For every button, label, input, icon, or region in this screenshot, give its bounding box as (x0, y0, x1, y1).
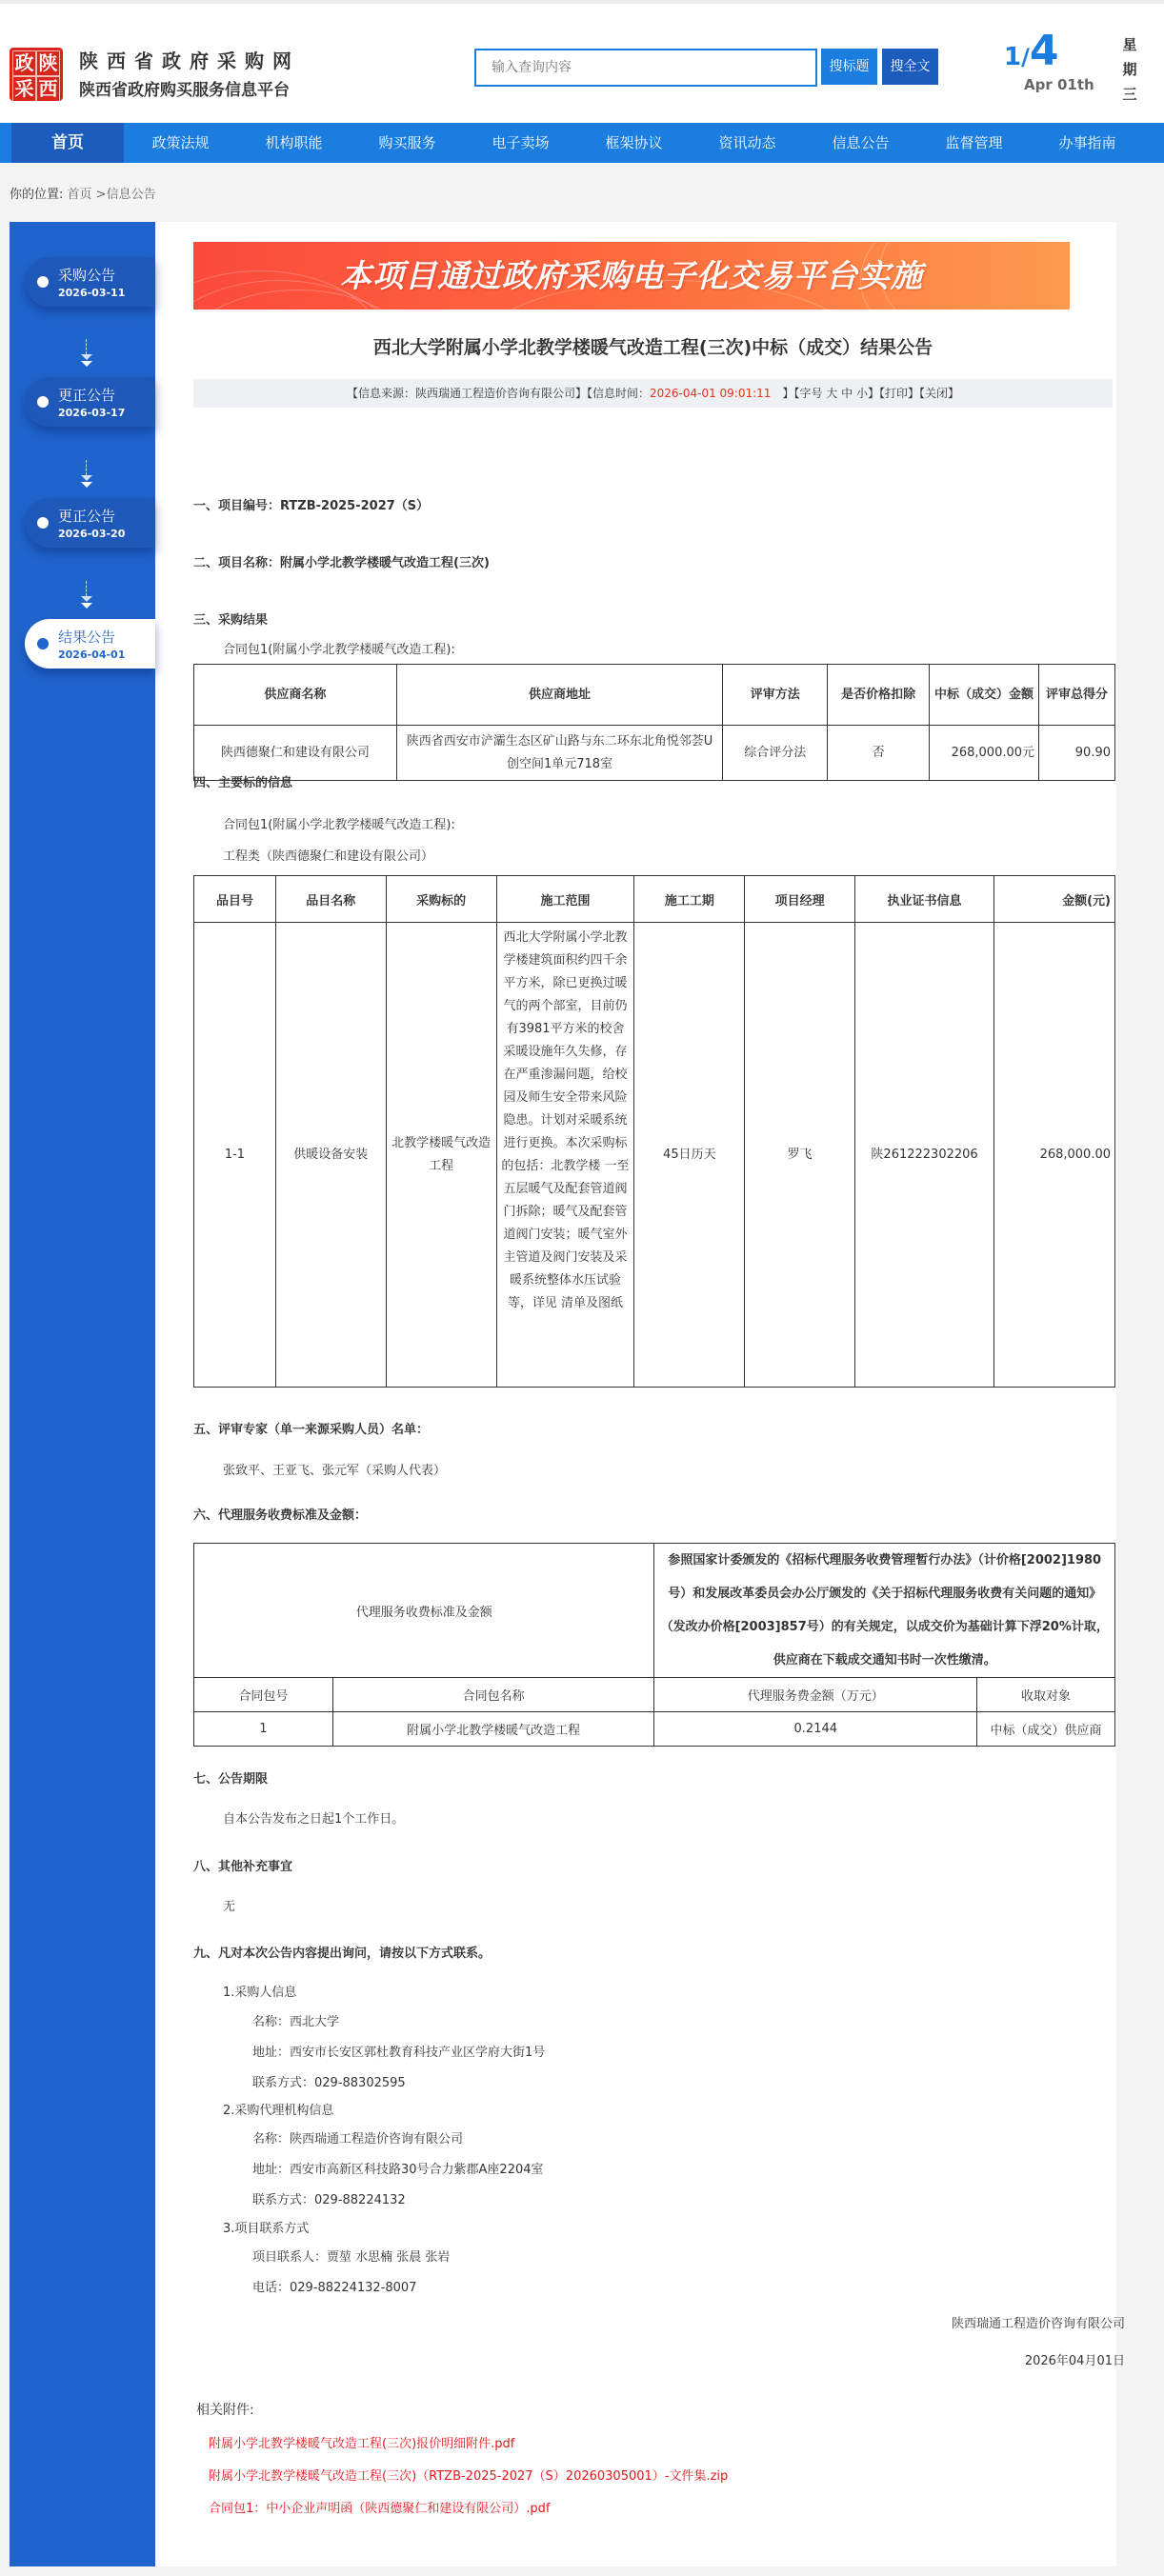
weekday-char: 星 (1120, 32, 1139, 57)
nav-item-purchase-services[interactable]: 购买服务 (351, 123, 464, 163)
col-amount: 金额(元) (994, 876, 1115, 923)
cell-item-number: 1-1 (194, 923, 276, 1388)
cell-certificate: 陕261222302206 (855, 923, 994, 1388)
info-time: 2026-04-01 09:01:11 (650, 387, 771, 400)
signature-company: 陕西瑞通工程造价咨询有限公司 (952, 2313, 1125, 2331)
col-winning-amount: 中标（成交）金额 (930, 665, 1039, 726)
step-date: 2026-03-17 (58, 407, 125, 419)
table-header-row: 供应商名称 供应商地址 评审方法 是否价格扣除 中标（成交）金额 评审总得分 (194, 665, 1115, 726)
search-title-button[interactable]: 搜标题 (821, 49, 877, 85)
agency-phone: 联系方式：029-88224132 (252, 2189, 406, 2207)
col-review-method: 评审方法 (723, 665, 828, 726)
date-display: 1/4 (1004, 27, 1058, 75)
col-certificate: 执业证书信息 (855, 876, 994, 923)
cell-charged-party: 中标（成交）供应商 (977, 1712, 1115, 1747)
subject-table: 品目号 品目名称 采购标的 施工范围 施工工期 项目经理 执业证书信息 金额(元… (193, 875, 1115, 1388)
col-supplier-address: 供应商地址 (396, 665, 723, 726)
logo-char: 政 (12, 50, 36, 76)
attachment-link[interactable]: 附属小学北教学楼暖气改造工程(三次)报价明细附件.pdf (209, 2433, 514, 2451)
table-row: 1 附属小学北教学楼暖气改造工程 0.2144 中标（成交）供应商 (194, 1712, 1115, 1747)
banner-text: 本项目通过政府采购电子化交易平台实施 (193, 242, 1070, 310)
breadcrumb-home[interactable]: 首页 (68, 188, 92, 202)
down-arrow-icon (80, 581, 93, 609)
col-duration: 施工工期 (634, 876, 745, 923)
nav-item-policy[interactable]: 政策法规 (124, 123, 237, 163)
bullet-icon (37, 276, 49, 288)
section-experts: 五、评审专家（单一来源采购人员）名单： (193, 1419, 429, 1437)
result-table: 供应商名称 供应商地址 评审方法 是否价格扣除 中标（成交）金额 评审总得分 陕… (193, 664, 1115, 781)
col-project-manager: 项目经理 (745, 876, 855, 923)
nav-item-announcements[interactable]: 信息公告 (804, 123, 917, 163)
cell-review-method: 综合评分法 (723, 726, 828, 781)
section-project-name: 二、项目名称：附属小学北教学楼暖气改造工程(三次) (193, 552, 490, 570)
logo-char: 采 (12, 76, 36, 102)
project-phone: 电话：029-88224132-8007 (252, 2277, 416, 2295)
attachment-link[interactable]: 合同包1：中小企业声明函（陕西德聚仁和建设有限公司）.pdf (209, 2498, 550, 2516)
cell-supplier-address: 陕西省西安市浐灞生态区矿山路与东二环东北角悦邻荟U创空间1单元718室 (396, 726, 723, 781)
date-day: 4 (1030, 27, 1059, 75)
col-supplier-name: 供应商名称 (194, 665, 397, 726)
cell-duration: 45日历天 (634, 923, 745, 1388)
bracket: 】 (868, 387, 879, 400)
cell-project-manager: 罗飞 (745, 923, 855, 1388)
breadcrumb: 你的位置: 首页 >信息公告 (0, 163, 1164, 227)
main-nav: 首页 政策法规 机构职能 购买服务 电子卖场 框架协议 资讯动态 信息公告 监督… (0, 123, 1164, 163)
date-slash: / (1021, 44, 1030, 70)
experts-list: 张致平、王亚飞、张元军（采购人代表） (223, 1460, 446, 1478)
fee-rule-label: 代理服务收费标准及金额 (194, 1544, 654, 1678)
page-title: 西北大学附属小学北教学楼暖气改造工程(三次)中标（成交）结果公告 (193, 333, 1113, 359)
purchaser-heading: 1.采购人信息 (223, 1982, 296, 2000)
weekday-char: 三 (1120, 82, 1139, 107)
fee-rule-text: 参照国家计委颁发的《招标代理服务收费管理暂行办法》（计价格[2002]1980号… (654, 1544, 1115, 1678)
notice-period-text: 自本公告发布之日起1个工作日。 (223, 1808, 404, 1827)
info-source: 【信息来源：陕西瑞通工程造价咨询有限公司】【信息时间： (347, 387, 650, 400)
table-header-row: 合同包号 合同包名称 代理服务费金额（万元） 收取对象 (194, 1678, 1115, 1712)
logo-char: 陕 (36, 50, 60, 76)
nav-item-framework[interactable]: 框架协议 (577, 123, 691, 163)
project-contacts: 项目联系人：贾堃 水思楠 张晨 张岩 (252, 2247, 450, 2265)
e-platform-banner: 本项目通过政府采购电子化交易平台实施 (193, 242, 1070, 310)
package-label: 合同包1(附属小学北教学楼暖气改造工程): (223, 639, 455, 657)
font-size-large[interactable]: 大 (826, 387, 837, 400)
nav-item-home[interactable]: 首页 (11, 123, 124, 163)
logo-char: 西 (36, 76, 60, 102)
timeline-step-result[interactable]: 结果公告 2026-04-01 (25, 619, 155, 669)
site-name: 陕西省政府采购网 (79, 46, 300, 73)
col-total-score: 评审总得分 (1039, 665, 1115, 726)
breadcrumb-separator: > (92, 188, 107, 202)
bullet-icon (37, 517, 49, 529)
cell-package-number: 1 (194, 1712, 333, 1747)
search-input[interactable] (474, 49, 817, 87)
font-size-small[interactable]: 小 (856, 387, 868, 400)
package-label: 合同包1(附属小学北教学楼暖气改造工程): (223, 814, 455, 832)
timeline-step-purchase[interactable]: 采购公告 2026-03-11 (25, 257, 155, 307)
col-item-name: 品目名称 (275, 876, 386, 923)
col-item-number: 品目号 (194, 876, 276, 923)
col-package-number: 合同包号 (194, 1678, 333, 1712)
col-subject: 采购标的 (386, 876, 496, 923)
agency-name: 名称：陕西瑞通工程造价咨询有限公司 (252, 2128, 463, 2147)
nav-item-guide[interactable]: 办事指南 (1031, 123, 1144, 163)
date-english: Apr 01th (1024, 76, 1094, 93)
step-label: 更正公告 (58, 385, 115, 405)
cell-item-name: 供暖设备安装 (275, 923, 386, 1388)
other-matters-text: 无 (223, 1896, 235, 1914)
purchaser-phone: 联系方式：029-88302595 (252, 2072, 406, 2090)
nav-item-supervision[interactable]: 监督管理 (917, 123, 1031, 163)
search-fulltext-button[interactable]: 搜全文 (882, 49, 938, 85)
main-container: 采购公告 2026-03-11 更正公告 2026-03-17 更正公告 202… (10, 222, 1116, 2566)
category-label: 工程类（陕西德聚仁和建设有限公司） (223, 846, 433, 864)
breadcrumb-label: 你的位置: (10, 188, 63, 202)
breadcrumb-current[interactable]: 信息公告 (107, 188, 156, 202)
fee-table: 代理服务收费标准及金额 参照国家计委颁发的《招标代理服务收费管理暂行办法》（计价… (193, 1543, 1115, 1747)
cell-winning-amount: 268,000.00元 (930, 726, 1039, 781)
cell-fee-amount: 0.2144 (654, 1712, 977, 1747)
site-logo[interactable]: 政 陕 采 西 (10, 48, 63, 101)
section-contact: 九、凡对本次公告内容提出询问，请按以下方式联系。 (193, 1943, 491, 1961)
section-agency-fee: 六、代理服务收费标准及金额： (193, 1505, 367, 1523)
step-label: 采购公告 (58, 265, 115, 285)
cell-scope: 西北大学附属小学北教学楼建筑面积约四千余平方米，除已更换过暖气的两个部室，目前仍… (496, 923, 634, 1388)
close-link[interactable]: 【关闭】 (919, 387, 959, 400)
table-row: 陕西德聚仁和建设有限公司 陕西省西安市浐灞生态区矿山路与东二环东北角悦邻荟U创空… (194, 726, 1115, 781)
section-other-matters: 八、其他补充事宜 (193, 1856, 292, 1874)
fee-rule-row: 代理服务收费标准及金额 参照国家计委颁发的《招标代理服务收费管理暂行办法》（计价… (194, 1544, 1115, 1678)
cell-amount: 268,000.00 (994, 923, 1115, 1388)
bullet-icon (37, 638, 49, 649)
nav-item-news[interactable]: 资讯动态 (691, 123, 804, 163)
section-notice-period: 七、公告期限 (193, 1768, 268, 1787)
info-font-size-label: 】【字号 (771, 387, 822, 400)
font-size-medium[interactable]: 中 (841, 387, 853, 400)
agency-address: 地址：西安市高新区科技路30号合力紫郡A座2204室 (252, 2159, 544, 2177)
cell-total-score: 90.90 (1039, 726, 1115, 781)
col-charged-party: 收取对象 (977, 1678, 1115, 1712)
step-date: 2026-04-01 (58, 649, 125, 661)
agency-heading: 2.采购代理机构信息 (223, 2100, 333, 2118)
cell-subject: 北教学楼暖气改造工程 (386, 923, 496, 1388)
step-date: 2026-03-20 (58, 528, 125, 540)
section-procurement-result: 三、采购结果 (193, 609, 268, 628)
purchaser-name: 名称：西北大学 (252, 2011, 339, 2029)
table-row: 1-1 供暖设备安装 北教学楼暖气改造工程 西北大学附属小学北教学楼建筑面积约四… (194, 923, 1115, 1388)
down-arrow-icon (80, 460, 93, 489)
section-subject-info: 四、主要标的信息 (193, 772, 292, 790)
purchaser-address: 地址：西安市长安区郭杜教育科技产业区学府大街1号 (252, 2042, 545, 2060)
weekday: 星 期 三 (1120, 32, 1139, 107)
step-date: 2026-03-11 (58, 287, 125, 299)
announcement-timeline: 采购公告 2026-03-11 更正公告 2026-03-17 更正公告 202… (10, 222, 155, 2566)
timeline-step-correction-2[interactable]: 更正公告 2026-03-20 (25, 498, 155, 548)
project-contact-heading: 3.项目联系方式 (223, 2218, 309, 2236)
timeline-step-correction-1[interactable]: 更正公告 2026-03-17 (25, 377, 155, 427)
col-fee-amount: 代理服务费金额（万元） (654, 1678, 977, 1712)
signature-date: 2026年04月01日 (1025, 2350, 1125, 2368)
cell-price-deduction: 否 (828, 726, 930, 781)
attachment-link[interactable]: 附属小学北教学楼暖气改造工程(三次)（RTZB-2025-2027（S）2026… (209, 2466, 728, 2484)
site-header: 政 陕 采 西 陕西省政府采购网 陕西省政府购买服务信息平台 搜标题 搜全文 1… (0, 4, 1164, 123)
cell-package-name: 附属小学北教学楼暖气改造工程 (332, 1712, 654, 1747)
step-label: 结果公告 (58, 627, 115, 647)
table-header-row: 品目号 品目名称 采购标的 施工范围 施工工期 项目经理 执业证书信息 金额(元… (194, 876, 1115, 923)
site-subtitle: 陕西省政府购买服务信息平台 (79, 76, 290, 100)
info-bar: 【信息来源：陕西瑞通工程造价咨询有限公司】【信息时间：2026-04-01 09… (193, 379, 1113, 408)
nav-item-e-mall[interactable]: 电子卖场 (464, 123, 577, 163)
date-month: 1 (1004, 43, 1021, 71)
nav-item-organization[interactable]: 机构职能 (237, 123, 351, 163)
attachments-heading: 相关附件: (196, 2400, 254, 2419)
col-package-name: 合同包名称 (332, 1678, 654, 1712)
bullet-icon (37, 396, 49, 408)
col-scope: 施工范围 (496, 876, 634, 923)
section-project-number: 一、项目编号：RTZB-2025-2027（S） (193, 495, 429, 513)
col-price-deduction: 是否价格扣除 (828, 665, 930, 726)
print-link[interactable]: 【打印】 (879, 387, 919, 400)
step-label: 更正公告 (58, 506, 115, 526)
weekday-char: 期 (1120, 57, 1139, 82)
down-arrow-icon (80, 339, 93, 368)
